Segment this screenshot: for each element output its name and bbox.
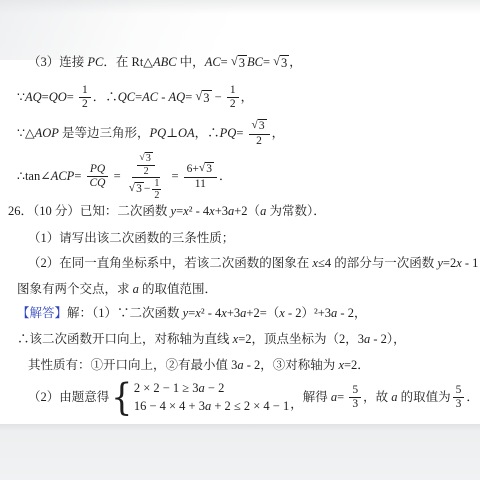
sqrt-expression: √3 xyxy=(273,55,289,71)
sqrt-expression: √3 xyxy=(129,182,144,197)
fraction-numerator: √3 xyxy=(137,152,155,166)
text-run: （3）连接 xyxy=(28,55,87,71)
sqrt-expression: √3 xyxy=(252,119,267,134)
math-variable: ACP xyxy=(51,169,75,185)
text-run: ．在 Rt△ xyxy=(103,55,153,71)
text-run: =2，顶点坐标为（2，3 xyxy=(238,332,364,348)
fraction-numerator: 1 xyxy=(152,178,161,190)
text-run: 2 xyxy=(256,135,262,148)
document-body: （3）连接 PC．在 Rt△ABC 中，AC= √3BC= √3，∵AQ=QO=… xyxy=(0,0,480,424)
text-run: 5 xyxy=(456,384,462,397)
fraction-denominator: 3 xyxy=(453,398,465,411)
text-run: ． xyxy=(219,169,232,185)
fraction-denominator: √3−12 xyxy=(126,178,167,201)
doc-line-6: （1）请写出该二次函数的三条性质； xyxy=(28,231,234,247)
text-run: ，∴ xyxy=(195,126,220,142)
math-variable: PC xyxy=(87,55,103,71)
text-run: - 1 的 xyxy=(462,256,480,272)
page-bottom-shading xyxy=(0,424,480,480)
sqrt-expression: √3 xyxy=(139,152,153,165)
text-run: ，故 xyxy=(363,390,391,406)
text-run: ， xyxy=(290,397,303,415)
text-run: = xyxy=(168,169,181,185)
doc-line-10: ∴该二次函数开口向上，对称轴为直线 x=2，顶点坐标为（2，3a - 2）， xyxy=(17,332,406,348)
doc-line-5: 26．（10 分）已知：二次函数 y=x² - 4x+3a+2（a 为常数）． xyxy=(8,204,326,220)
fraction-denominator: 2 xyxy=(142,166,151,177)
text-run: − xyxy=(144,183,151,196)
document-page: （3）连接 PC．在 Rt△ABC 中，AC= √3BC= √3，∵AQ=QO=… xyxy=(0,0,480,480)
text-run: 5 xyxy=(352,384,358,397)
text-run: =2 xyxy=(443,256,456,272)
radicand: 3 xyxy=(280,55,289,71)
fraction-denominator: 11 xyxy=(192,178,209,191)
sqrt-expression: √3 xyxy=(231,55,247,71)
text-run: ² - 4 xyxy=(189,204,209,220)
math-variable: QO xyxy=(49,90,67,106)
math-variable: PQ xyxy=(90,163,105,176)
radical-icon: √ xyxy=(273,55,280,69)
text-run: = xyxy=(74,169,84,185)
math-variable: AOP xyxy=(35,126,59,142)
text-run: 11 xyxy=(195,178,206,191)
text-run: = xyxy=(110,169,123,185)
text-run: 6+ xyxy=(187,163,199,176)
text-run: =2． xyxy=(344,358,370,374)
solution-label: 【解答】 xyxy=(17,306,67,322)
doc-line-11: 其性质有：①开口向上，②有最小值 3a - 2，③对称轴为 x=2． xyxy=(28,358,370,374)
text-run: ， xyxy=(241,90,254,106)
text-run: = xyxy=(185,90,195,106)
sqrt-expression: √3 xyxy=(195,90,211,106)
text-run: - 2， xyxy=(337,306,366,322)
text-run: − xyxy=(212,90,225,106)
math-variable: CQ xyxy=(90,177,106,190)
fraction: √32 xyxy=(137,152,155,177)
fraction: 53 xyxy=(349,384,361,411)
fraction-numerator: √3 xyxy=(249,119,270,135)
fraction: √32√3−12 xyxy=(126,152,167,201)
fraction-denominator: 3 xyxy=(349,398,361,411)
fraction: 53 xyxy=(453,384,465,411)
text-run: +2（ xyxy=(234,204,260,220)
left-brace-icon: { xyxy=(111,382,132,413)
text-run: ∵△ xyxy=(17,126,35,142)
doc-line-12: （2）由题意得{2 × 2 − 1 ≥ 3a − 216 − 4 × 4 + 3… xyxy=(28,381,479,414)
doc-line-7: （2）在同一直角坐标系中，若该二次函数的图象在 x≤4 的部分与一次函数 y=2… xyxy=(28,256,480,272)
fraction-denominator: 2 xyxy=(227,98,239,111)
text-run: ² - 4 xyxy=(201,306,221,322)
text-run: = xyxy=(67,90,77,106)
radicand: 3 xyxy=(258,119,267,134)
text-run: 中， xyxy=(177,55,205,71)
fraction-denominator: 2 xyxy=(79,98,91,111)
radical-icon: √ xyxy=(195,90,202,104)
text-run: （2）在同一直角坐标系中，若该二次函数的图象在 xyxy=(28,256,312,272)
fraction-numerator: 1 xyxy=(227,84,239,98)
text-run: ∴tan∠ xyxy=(17,169,51,185)
fraction: √32 xyxy=(249,119,270,148)
text-run: +3 xyxy=(215,204,228,220)
text-run: 2 xyxy=(144,166,149,177)
inequality-system: {2 × 2 − 1 ≥ 3a − 216 − 4 × 4 + 3a + 2 ≤… xyxy=(110,381,289,414)
text-run: ， xyxy=(289,55,302,71)
fraction-numerator: PQ xyxy=(87,163,108,177)
text-run: 2 xyxy=(82,98,88,111)
text-run: = xyxy=(337,390,347,406)
radicand: 3 xyxy=(202,90,211,106)
fraction-numerator: 5 xyxy=(349,384,361,398)
math-variable: PQ xyxy=(220,126,237,142)
text-run: 解：（1）∵二次函数 xyxy=(67,306,183,322)
text-run: （1）请写出该二次函数的三条性质； xyxy=(28,231,234,247)
math-variable: AQ xyxy=(169,90,186,106)
text-run: 解得 xyxy=(303,390,331,406)
text-run: = xyxy=(263,55,273,71)
text-run: - 2）²+3 xyxy=(285,306,331,322)
text-run: ， xyxy=(272,126,285,142)
fraction: 12 xyxy=(227,84,239,111)
text-run: = xyxy=(221,55,231,71)
text-run: = xyxy=(236,126,246,142)
text-run: 2 × 2 − 1 ≥ 3 xyxy=(134,381,199,397)
radicand: 3 xyxy=(145,152,153,165)
fraction: 6+√311 xyxy=(184,162,217,191)
fraction-denominator: CQ xyxy=(87,177,109,190)
system-rows: 2 × 2 − 1 ≥ 3a − 216 − 4 × 4 + 3a + 2 ≤ … xyxy=(134,381,289,414)
text-run: 16 − 4 × 4 + 3 xyxy=(134,399,205,415)
text-run: 为常数）． xyxy=(266,204,325,220)
text-run: 其性质有：①开口向上，②有最小值 3 xyxy=(28,358,237,374)
radicand: 3 xyxy=(135,182,144,197)
radicand: 3 xyxy=(205,162,214,177)
radical-icon: √ xyxy=(231,55,238,69)
fraction: PQCQ xyxy=(87,163,109,190)
fraction-denominator: 2 xyxy=(253,135,265,148)
fraction-numerator: 5 xyxy=(453,384,465,398)
fraction-numerator: 6+√3 xyxy=(184,162,217,178)
text-run: ．∴ xyxy=(93,90,118,106)
doc-line-2: ∵AQ=QO= 12．∴QC=AC - AQ= √3 − 12， xyxy=(17,84,253,111)
text-run: = xyxy=(42,90,49,106)
text-run: - xyxy=(158,90,168,106)
math-variable: QC xyxy=(118,90,135,106)
fraction-denominator: 2 xyxy=(152,190,161,201)
text-run: ≤4 的部分与一次函数 xyxy=(318,256,437,272)
math-variable: ABC xyxy=(153,55,177,71)
fraction: 12 xyxy=(79,84,91,111)
text-run: 3 xyxy=(352,398,358,411)
text-run: 3 xyxy=(456,398,462,411)
doc-line-4: ∴tan∠ACP= PQCQ = √32√3−12 = 6+√311． xyxy=(17,152,232,201)
system-row: 16 − 4 × 4 + 3a + 2 ≤ 2 × 4 − 1 xyxy=(134,399,289,415)
math-variable: AQ xyxy=(25,90,42,106)
text-run: 图象有两个交点，求 xyxy=(17,282,133,298)
doc-line-1: （3）连接 PC．在 Rt△ABC 中，AC= √3BC= √3， xyxy=(28,55,302,71)
text-run: 的取值为 xyxy=(397,390,450,406)
math-variable: AC xyxy=(205,55,221,71)
doc-line-8: 图象有两个交点，求 a 的取值范围． xyxy=(17,282,217,298)
text-run: 2 xyxy=(230,98,236,111)
text-run: + 2 ≤ 2 × 4 − 1 xyxy=(211,399,289,415)
text-run: +2=（ xyxy=(246,306,279,322)
text-run: ∴该二次函数开口向上，对称轴为直线 xyxy=(17,332,233,348)
text-run: 是等边三角形， xyxy=(59,126,150,142)
text-run: − 2 xyxy=(205,381,225,397)
text-run: 2 xyxy=(154,190,159,201)
doc-line-3: ∵△AOP 是等边三角形，PQ⊥OA，∴PQ= √32， xyxy=(17,119,284,148)
text-run: ⊥ xyxy=(166,126,178,142)
fraction: 12 xyxy=(152,178,161,201)
fraction-numerator: 1 xyxy=(79,84,91,98)
text-run: ． xyxy=(466,390,479,406)
text-run: +3 xyxy=(227,306,240,322)
sqrt-expression: √3 xyxy=(199,162,214,177)
text-run: - 2，③对称轴为 xyxy=(244,358,339,374)
text-run: - 2）， xyxy=(370,332,405,348)
text-run: （2）由题意得 xyxy=(28,390,109,406)
text-run: ∵ xyxy=(17,90,25,106)
math-variable: PQ xyxy=(150,126,167,142)
math-variable: OA xyxy=(178,126,195,142)
doc-line-9: 【解答】解：（1）∵二次函数 y=x² - 4x+3a+2=（x - 2）²+3… xyxy=(17,306,366,322)
text-run: 的取值范围． xyxy=(139,282,217,298)
fraction-numerator: √32 xyxy=(132,152,160,178)
math-variable: BC xyxy=(247,55,263,71)
math-variable: AC xyxy=(142,90,158,106)
text-run: 26．（10 分）已知：二次函数 xyxy=(8,204,171,220)
text-run: 1 xyxy=(154,178,159,189)
text-run: 1 xyxy=(230,84,236,97)
radicand: 3 xyxy=(238,55,247,71)
system-row: 2 × 2 − 1 ≥ 3a − 2 xyxy=(134,381,289,397)
text-run: 1 xyxy=(82,84,88,97)
